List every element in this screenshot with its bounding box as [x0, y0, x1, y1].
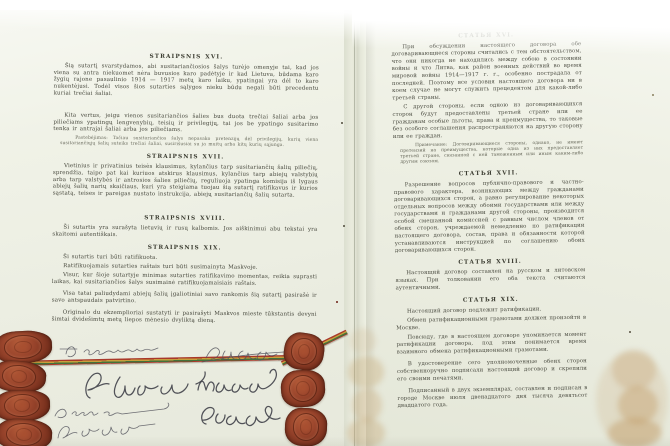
foxing-stain — [608, 418, 662, 446]
foxing-stain — [350, 328, 376, 354]
article-xvii-heading-lt: STRAIPSNIS XVII. — [53, 152, 318, 161]
ink-speck — [652, 94, 654, 96]
article-xvii-heading-ru: СТАТЬЯ XVII. — [394, 168, 584, 179]
article-xvi-heading-ru: СТАТЬЯ XVI. — [391, 30, 581, 41]
article-xix-paragraph-ru: Подписанный в двух экземплярах, составле… — [397, 384, 587, 409]
article-xix-paragraph-ru: В удостоверение сего уполномоченные обеи… — [397, 357, 587, 382]
article-xvi-heading-lt: STRAIPSNIS XVI. — [54, 52, 319, 61]
article-xvi-paragraph-ru: При обсуждении настоящего договора обе д… — [391, 40, 582, 102]
russian-page-text: СТАТЬЯ XVI. При обсуждении настоящего до… — [391, 24, 588, 412]
article-xix-paragraph: Originalo du ekzemplioriai sustatyti ir … — [52, 308, 317, 324]
article-xvi-note-ru: Примечание: Договаривающиеся стороны, од… — [400, 140, 583, 165]
article-xvii-paragraph-ru: Разрешение вопросов публично-правового и… — [394, 178, 585, 254]
foxing-stain — [352, 388, 382, 422]
article-xix-paragraph: Visa tatai paliudydami abiejų šalių įgal… — [52, 290, 317, 306]
lithuanian-page-text: STRAIPSNIS XVI. Šią sutartį svarstydamos… — [52, 46, 319, 327]
foxing-stain — [347, 418, 385, 446]
article-xviii-heading-lt: STRAIPSNIS XVIII. — [52, 213, 317, 222]
article-xvi-note: Pastebėjimas: Tačiau susitariančios šaly… — [60, 135, 318, 148]
article-xvi-paragraph: Šią sutartį svarstydamos, abi susitarian… — [54, 62, 319, 99]
article-xix-heading-ru: СТАТЬЯ XIX. — [396, 294, 586, 305]
foxing-stain — [348, 356, 384, 388]
article-xviii-paragraph-ru: Настоящий договор составлен на русском и… — [395, 266, 585, 291]
article-xix-paragraph: Visur, kur šioje sutartyje minimas sutar… — [52, 271, 317, 287]
article-xix-paragraph: Ši sutartis turi būti ratifikuota. — [52, 253, 317, 262]
article-xviii-heading-ru: СТАТЬЯ XVIII. — [395, 256, 585, 267]
wax-seal — [284, 407, 327, 446]
treaty-photo: STRAIPSNIS XVI. Šią sutartį svarstydamos… — [0, 0, 670, 446]
ink-speck — [343, 225, 345, 227]
foxing-stain — [612, 350, 656, 390]
article-xix-paragraph-ru: Обмен ратификационными грамотами должен … — [396, 314, 586, 332]
ink-speck — [341, 122, 343, 124]
ink-speck — [629, 331, 631, 333]
article-xix-heading-lt: STRAIPSNIS XIX. — [52, 243, 317, 252]
article-xvi-paragraph-ru: С другой стороны, если одною из договари… — [392, 100, 583, 140]
article-xix-paragraph: Ratifikuojamais sutarties raštais turi b… — [52, 262, 317, 271]
article-xvi-paragraph: Kita vertus, jeigu vienos susitariančios… — [53, 111, 318, 134]
article-xviii-paragraph: Ši sutartis yra surašyta lietuvių ir rus… — [52, 223, 317, 239]
article-xix-paragraph-ru: Повсюду, где в настоящем договоре упомин… — [396, 330, 586, 355]
article-xvii-paragraph: Vietinius ir privatinius teisės klausimu… — [53, 162, 318, 199]
ink-speck — [336, 301, 338, 303]
